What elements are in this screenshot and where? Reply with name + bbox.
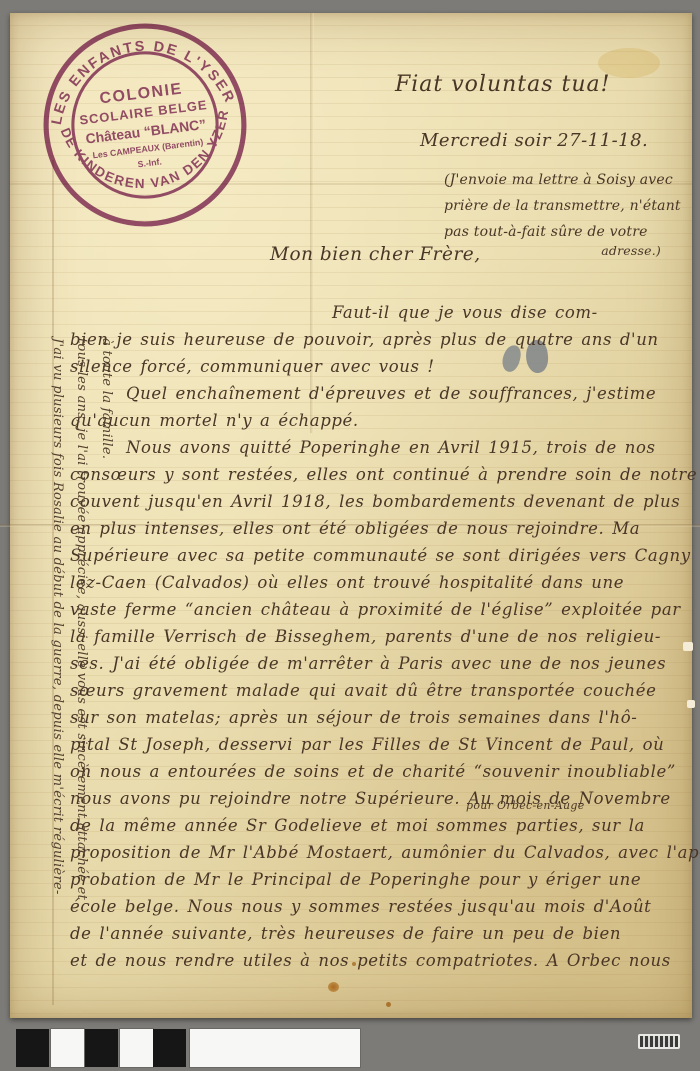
calibration-square-black bbox=[85, 1029, 118, 1067]
scanned-letter-page: { "document_type": "handwritten-letter-s… bbox=[0, 0, 700, 1071]
body-line: vaste ferme “ancien château à proximité … bbox=[70, 596, 686, 623]
margin-note-line: tous les ans, je l'ai trouvée appréciée,… bbox=[69, 338, 94, 1028]
colonie-scolaire-stamp: LES ENFANTS DE L'YSER DE KINDEREN VAN DE… bbox=[30, 10, 260, 240]
body-line: sœurs gravement malade qui avait dû être… bbox=[70, 677, 686, 704]
body-line: silence forcé, communiquer avec vous ! bbox=[70, 353, 686, 380]
calibration-square-white bbox=[120, 1029, 153, 1067]
body-line: probation de Mr le Principal de Popering… bbox=[70, 866, 686, 893]
body-line: lez-Caen (Calvados) où elles ont trouvé … bbox=[70, 569, 686, 596]
body-line: nous avons pu rejoindre notre Supérieure… bbox=[70, 785, 686, 812]
body-line: et de nous rendre utiles à nos petits co… bbox=[70, 947, 686, 974]
body-line: en plus intenses, elles ont été obligées… bbox=[70, 515, 686, 542]
body-line: proposition de Mr l'Abbé Mostaert, aumôn… bbox=[70, 839, 686, 866]
stain-spot bbox=[328, 982, 339, 992]
margin-note-line: à toute la famille. bbox=[94, 338, 119, 1028]
body-line: pital St Joseph, desservi par les Filles… bbox=[70, 731, 686, 758]
ruler-sticker bbox=[638, 1034, 680, 1049]
body-line: bien je suis heureuse de pouvoir, après … bbox=[70, 326, 686, 353]
body-line: ses. J'ai été obligée de m'arrêter à Par… bbox=[70, 650, 686, 677]
body-line: Faut-il que je vous dise com- bbox=[70, 299, 686, 326]
body-line: consœurs y sont restées, elles ont conti… bbox=[70, 461, 686, 488]
calibration-square-black bbox=[153, 1029, 186, 1067]
margin-note-rotated: J'ai vu plusieurs fois Rosalie au début … bbox=[45, 338, 119, 1028]
body-line: on nous a entourées de soins et de chari… bbox=[70, 758, 686, 785]
salutation: Mon bien cher Frère, bbox=[270, 244, 481, 265]
forwarding-note-line: prière de la transmettre, n'étant bbox=[444, 193, 689, 219]
calibration-square-white bbox=[51, 1029, 84, 1067]
calibration-square-black bbox=[16, 1029, 49, 1067]
body-line: Supérieure avec sa petite communauté se … bbox=[70, 542, 686, 569]
forwarding-note-line: (J'envoie ma lettre à Soisy avec bbox=[444, 167, 689, 193]
letter-body: Faut-il que je vous dise com- bien je su… bbox=[70, 299, 686, 974]
interline-insertion-note: pour Orbec-en-Auge bbox=[466, 799, 585, 812]
stamp-line-s-inf: S.-Inf. bbox=[137, 156, 162, 169]
body-line: la famille Verrisch de Bisseghem, parent… bbox=[70, 623, 686, 650]
body-line: sur son matelas; après un séjour de troi… bbox=[70, 704, 686, 731]
body-line: Nous avons quitté Poperinghe en Avril 19… bbox=[70, 434, 686, 461]
stain-spot bbox=[386, 1002, 391, 1007]
body-line: couvent jusqu'en Avril 1918, les bombard… bbox=[70, 488, 686, 515]
body-line: Quel enchaînement d'épreuves et de souff… bbox=[70, 380, 686, 407]
body-line: de l'année suivante, très heureuses de f… bbox=[70, 920, 686, 947]
invocation-line: Fiat voluntas tua! bbox=[395, 72, 611, 97]
date-line: Mercredi soir 27-11-18. bbox=[420, 130, 648, 151]
body-line: école belge. Nous nous y sommes restées … bbox=[70, 893, 686, 920]
stamp-graphic: LES ENFANTS DE L'YSER DE KINDEREN VAN DE… bbox=[30, 10, 260, 240]
body-line: de la même année Sr Godelieve et moi som… bbox=[70, 812, 686, 839]
calibration-white-bar bbox=[190, 1029, 360, 1067]
body-line: qu'aucun mortel n'y a échappé. bbox=[70, 407, 686, 434]
margin-note-line: J'ai vu plusieurs fois Rosalie au début … bbox=[45, 338, 70, 1028]
paper-tear-chip bbox=[687, 700, 695, 708]
